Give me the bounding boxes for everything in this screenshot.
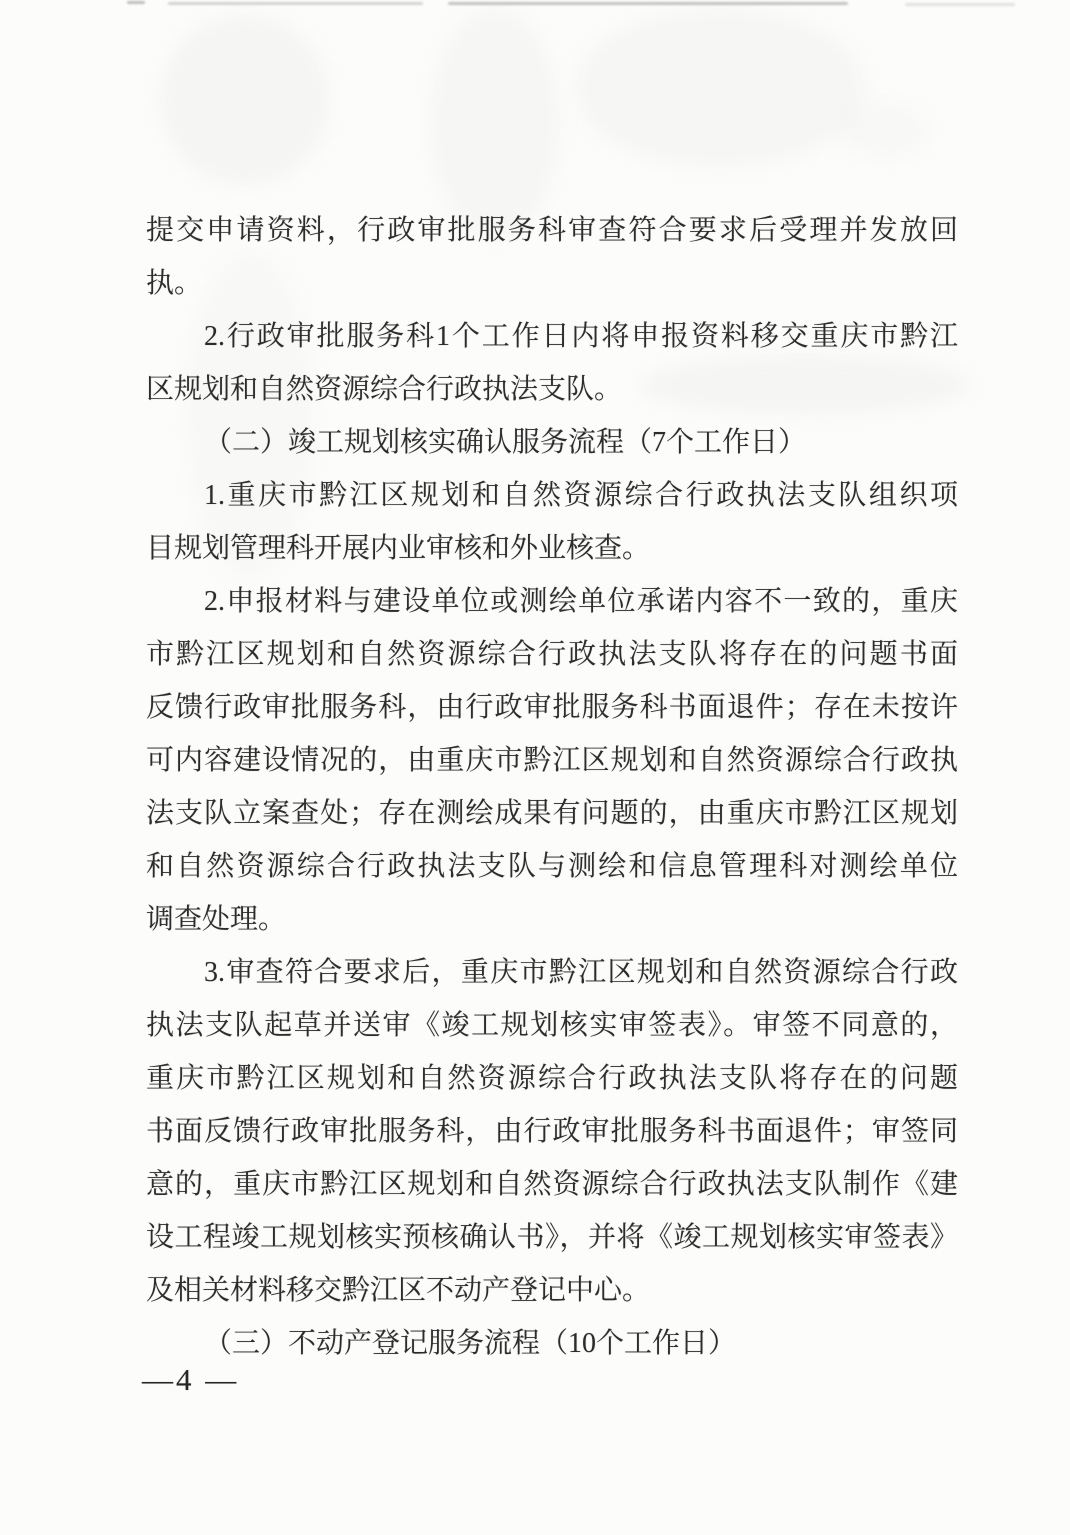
text-line: 反馈行政审批服务科，由行政审批服务科书面退件；存在未按许 [146, 681, 958, 734]
text-line: 执。 [146, 257, 958, 310]
scan-artifact [160, 15, 330, 185]
text-line: 提交申请资料，行政审批服务科审查符合要求后受理并发放回 [146, 204, 958, 257]
section-heading: （三）不动产登记服务流程（10个工作日） [146, 1317, 958, 1370]
text-line: 意的，重庆市黔江区规划和自然资源综合行政执法支队制作《建 [146, 1158, 958, 1211]
text-line: 目规划管理科开展内业审核和外业核查。 [146, 522, 958, 575]
scan-artifact [127, 1, 145, 4]
text-line: 书面反馈行政审批服务科，由行政审批服务科书面退件；审签同 [146, 1105, 958, 1158]
section-heading: （二）竣工规划核实确认服务流程（7个工作日） [146, 416, 958, 469]
scan-artifact [168, 2, 423, 5]
text-line: 区规划和自然资源综合行政执法支队。 [146, 363, 958, 416]
text-line: 可内容建设情况的，由重庆市黔江区规划和自然资源综合行政执 [146, 734, 958, 787]
scan-artifact [840, 100, 930, 160]
text-line: 1.重庆市黔江区规划和自然资源综合行政执法支队组织项 [146, 469, 958, 522]
text-line: 调查处理。 [146, 893, 958, 946]
scan-artifact [448, 2, 848, 5]
text-line: 设工程竣工规划核实预核确认书》，并将《竣工规划核实审签表》 [146, 1211, 958, 1264]
text-line: 法支队立案查处；存在测绘成果有问题的，由重庆市黔江区规划 [146, 787, 958, 840]
scan-artifact [905, 3, 1015, 6]
text-line: 执法支队起草并送审《竣工规划核实审签表》。审签不同意的， [146, 999, 958, 1052]
text-line: 及相关材料移交黔江区不动产登记中心。 [146, 1264, 958, 1317]
text-line: 重庆市黔江区规划和自然资源综合行政执法支队将存在的问题 [146, 1052, 958, 1105]
document-body: 提交申请资料，行政审批服务科审查符合要求后受理并发放回执。2.行政审批服务科1个… [146, 204, 958, 1370]
text-line: 2.申报材料与建设单位或测绘单位承诺内容不一致的，重庆 [146, 575, 958, 628]
page-number: —4 — [142, 1362, 239, 1398]
text-line: 和自然资源综合行政执法支队与测绘和信息管理科对测绘单位 [146, 840, 958, 893]
text-line: 市黔江区规划和自然资源综合行政执法支队将存在的问题书面 [146, 628, 958, 681]
text-line: 2.行政审批服务科1个工作日内将申报资料移交重庆市黔江 [146, 310, 958, 363]
text-line: 3.审查符合要求后，重庆市黔江区规划和自然资源综合行政 [146, 946, 958, 999]
scan-artifact [575, 8, 865, 168]
document-page: 提交申请资料，行政审批服务科审查符合要求后受理并发放回执。2.行政审批服务科1个… [0, 0, 1070, 1535]
